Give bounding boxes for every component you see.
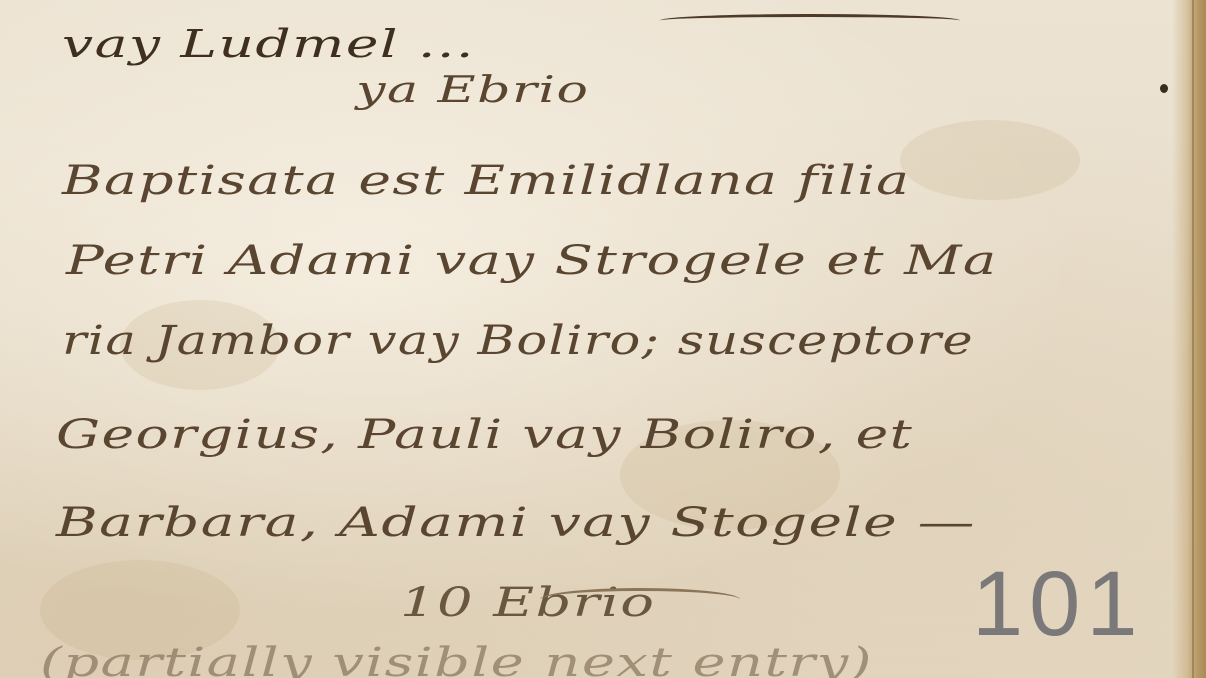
- manuscript-line-6: Georgius, Pauli vay Boliro, et: [56, 412, 913, 458]
- ink-flourish: [660, 14, 960, 27]
- page-edge-line: [1192, 0, 1194, 678]
- ink-blot: [1160, 84, 1168, 93]
- manuscript-line-2: ya Ebrio: [356, 70, 589, 111]
- manuscript-line-3: Baptisata est Emilidlana filia: [62, 158, 910, 204]
- manuscript-line-9-partial: (partially visible next entry): [40, 640, 873, 678]
- manuscript-line-5: ria Jambor vay Boliro; susceptore: [62, 318, 974, 364]
- manuscript-line-4: Petri Adami vay Strogele et Ma: [66, 238, 998, 284]
- manuscript-page: vay Ludmel ... ya Ebrio Baptisata est Em…: [0, 0, 1206, 678]
- manuscript-line-1: vay Ludmel ...: [62, 22, 475, 66]
- page-edge: [1172, 0, 1206, 678]
- ink-flourish: [540, 588, 740, 611]
- paper-stain: [900, 120, 1080, 200]
- manuscript-line-7: Barbara, Adami vay Stogele —: [56, 500, 976, 546]
- page-number: 101: [972, 552, 1144, 657]
